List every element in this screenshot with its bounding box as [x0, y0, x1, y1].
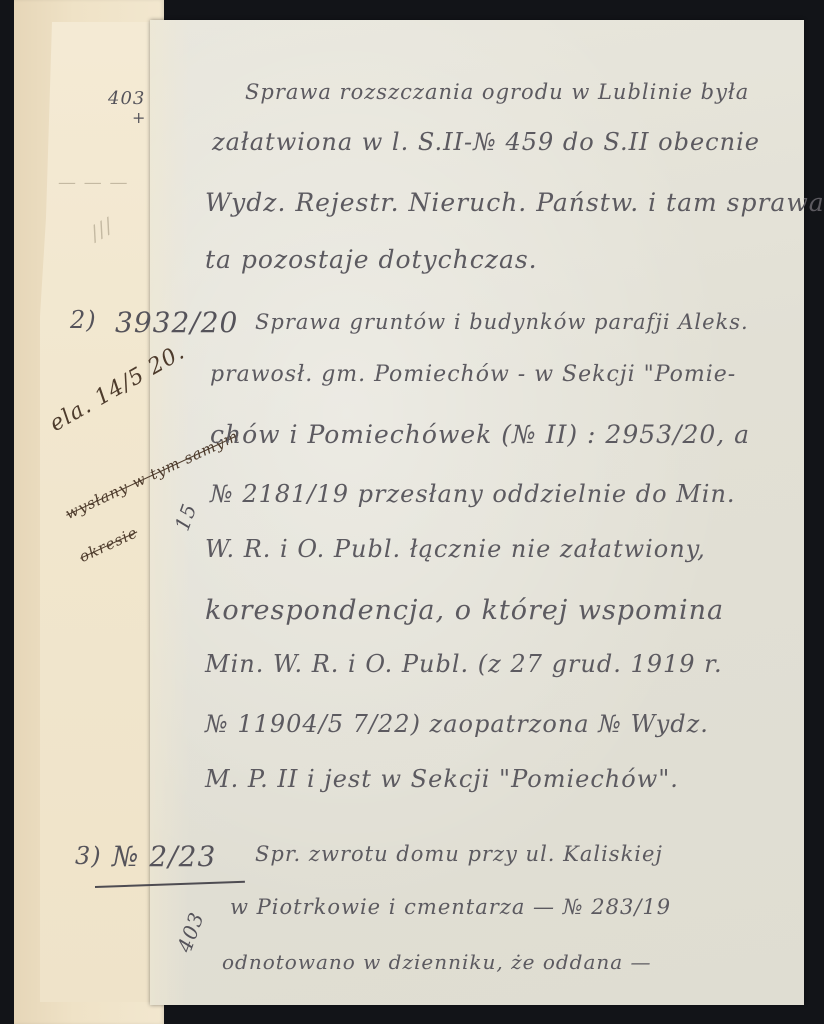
body-line-1: Sprawa rozszczania ogrodu w Lublinie był… [245, 80, 749, 104]
body-line-6: prawosł. gm. Pomiechów - w Sekcji "Pomie… [210, 362, 736, 387]
body-line-4: ta pozostaje dotychczas. [205, 245, 538, 274]
body-line-10: korespondencja, o której wspomina [205, 595, 724, 626]
body-line-9: W. R. i O. Publ. łącznie nie załatwiony, [205, 535, 706, 563]
body-line-15: w Piotrkowie i cmentarza — № 283/19 [230, 895, 671, 919]
body-line-5: Sprawa gruntów i budynków parafji Aleks. [255, 310, 749, 334]
body-line-11: Min. W. R. i O. Publ. (z 27 grud. 1919 r… [205, 650, 723, 678]
body-line-2: załatwiona w l. S.II-№ 459 do S.II obecn… [212, 128, 760, 156]
faint-bleedthrough-text: — — — [58, 172, 128, 193]
body-line-13: M. P. II i jest w Sekcji "Pomiechów". [205, 765, 679, 793]
margin-item2-label: 2) [70, 306, 97, 334]
body-line-14: Spr. zwrotu domu przy ul. Kaliskiej [255, 842, 663, 866]
body-line-8: № 2181/19 przesłany oddzielnie do Min. [210, 480, 736, 508]
margin-item3-reference: № 2/23 [112, 840, 216, 873]
margin-item2-reference: 3932/20 [115, 306, 238, 339]
margin-item3-label: 3) [75, 842, 102, 870]
body-line-12: № 11904/5 7/22) zaopatrzona № Wydz. [205, 710, 709, 738]
body-line-3: Wydz. Rejestr. Nieruch. Państw. i tam sp… [205, 188, 824, 217]
body-line-16: odnotowano w dzienniku, że oddana — [222, 950, 652, 974]
faint-bleedthrough-marks: /// [86, 213, 118, 245]
body-line-7: chów i Pomiechówek (№ II) : 2953/20, a [210, 420, 750, 449]
margin-note-top-number: 403 [108, 88, 145, 109]
margin-note-top-mark: + [132, 108, 146, 127]
